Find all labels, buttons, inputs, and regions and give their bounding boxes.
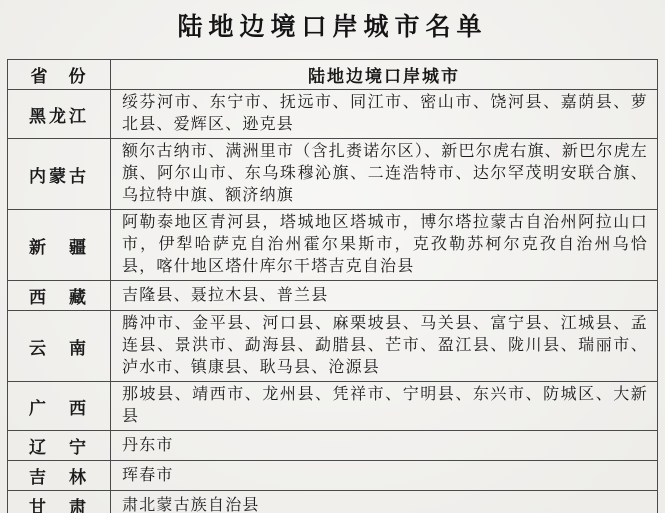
cities-cell: 阿勒泰地区青河县，塔城地区塔城市，博尔塔拉蒙古自治州阿拉山口市，伊犁哈萨克自治州… <box>111 210 658 281</box>
table-row: 辽 宁 丹东市 <box>8 431 658 461</box>
border-cities-table: 省 份 陆地边境口岸城市 黑龙江 绥芬河市、东宁市、抚远市、同江市、密山市、饶河… <box>7 59 658 513</box>
province-cell: 甘 肃 <box>8 491 111 513</box>
cities-cell: 绥芬河市、东宁市、抚远市、同江市、密山市、饶河县、嘉荫县、萝北县、爱辉区、逊克县 <box>111 90 658 139</box>
table-header-row: 省 份 陆地边境口岸城市 <box>8 60 658 90</box>
cities-column-header: 陆地边境口岸城市 <box>111 60 658 90</box>
cities-cell: 那坡县、靖西市、龙州县、凭祥市、宁明县、东兴市、防城区、大新县 <box>111 382 658 431</box>
province-cell: 辽 宁 <box>8 431 111 461</box>
cities-cell: 珲春市 <box>111 461 658 491</box>
cities-cell: 额尔古纳市、满洲里市（含扎赉诺尔区）、新巴尔虎右旗、新巴尔虎左旗、阿尔山市、东乌… <box>111 139 658 210</box>
cities-cell: 丹东市 <box>111 431 658 461</box>
province-cell: 新 疆 <box>8 210 111 281</box>
cities-cell: 腾冲市、金平县、河口县、麻栗坡县、马关县、富宁县、江城县、孟连县、景洪市、勐海县… <box>111 311 658 382</box>
table-row: 新 疆 阿勒泰地区青河县，塔城地区塔城市，博尔塔拉蒙古自治州阿拉山口市，伊犁哈萨… <box>8 210 658 281</box>
cities-cell: 肃北蒙古族自治县 <box>111 491 658 513</box>
province-cell: 吉 林 <box>8 461 111 491</box>
table-row: 西 藏 吉隆县、聂拉木县、普兰县 <box>8 281 658 311</box>
table-row: 广 西 那坡县、靖西市、龙州县、凭祥市、宁明县、东兴市、防城区、大新县 <box>8 382 658 431</box>
table-body: 黑龙江 绥芬河市、东宁市、抚远市、同江市、密山市、饶河县、嘉荫县、萝北县、爱辉区… <box>8 90 658 513</box>
table-row: 云 南 腾冲市、金平县、河口县、麻栗坡县、马关县、富宁县、江城县、孟连县、景洪市… <box>8 311 658 382</box>
province-cell: 广 西 <box>8 382 111 431</box>
table-row: 吉 林 珲春市 <box>8 461 658 491</box>
cities-cell: 吉隆县、聂拉木县、普兰县 <box>111 281 658 311</box>
province-cell: 西 藏 <box>8 281 111 311</box>
document-page: 陆地边境口岸城市名单 省 份 陆地边境口岸城市 黑龙江 绥芬河市、东宁市、抚远市… <box>0 0 665 513</box>
table-row: 内蒙古 额尔古纳市、满洲里市（含扎赉诺尔区）、新巴尔虎右旗、新巴尔虎左旗、阿尔山… <box>8 139 658 210</box>
table-row: 甘 肃 肃北蒙古族自治县 <box>8 491 658 513</box>
province-cell: 内蒙古 <box>8 139 111 210</box>
table-row: 黑龙江 绥芬河市、东宁市、抚远市、同江市、密山市、饶河县、嘉荫县、萝北县、爱辉区… <box>8 90 658 139</box>
province-cell: 黑龙江 <box>8 90 111 139</box>
province-column-header: 省 份 <box>8 60 111 90</box>
document-title: 陆地边境口岸城市名单 <box>0 7 665 43</box>
province-cell: 云 南 <box>8 311 111 382</box>
